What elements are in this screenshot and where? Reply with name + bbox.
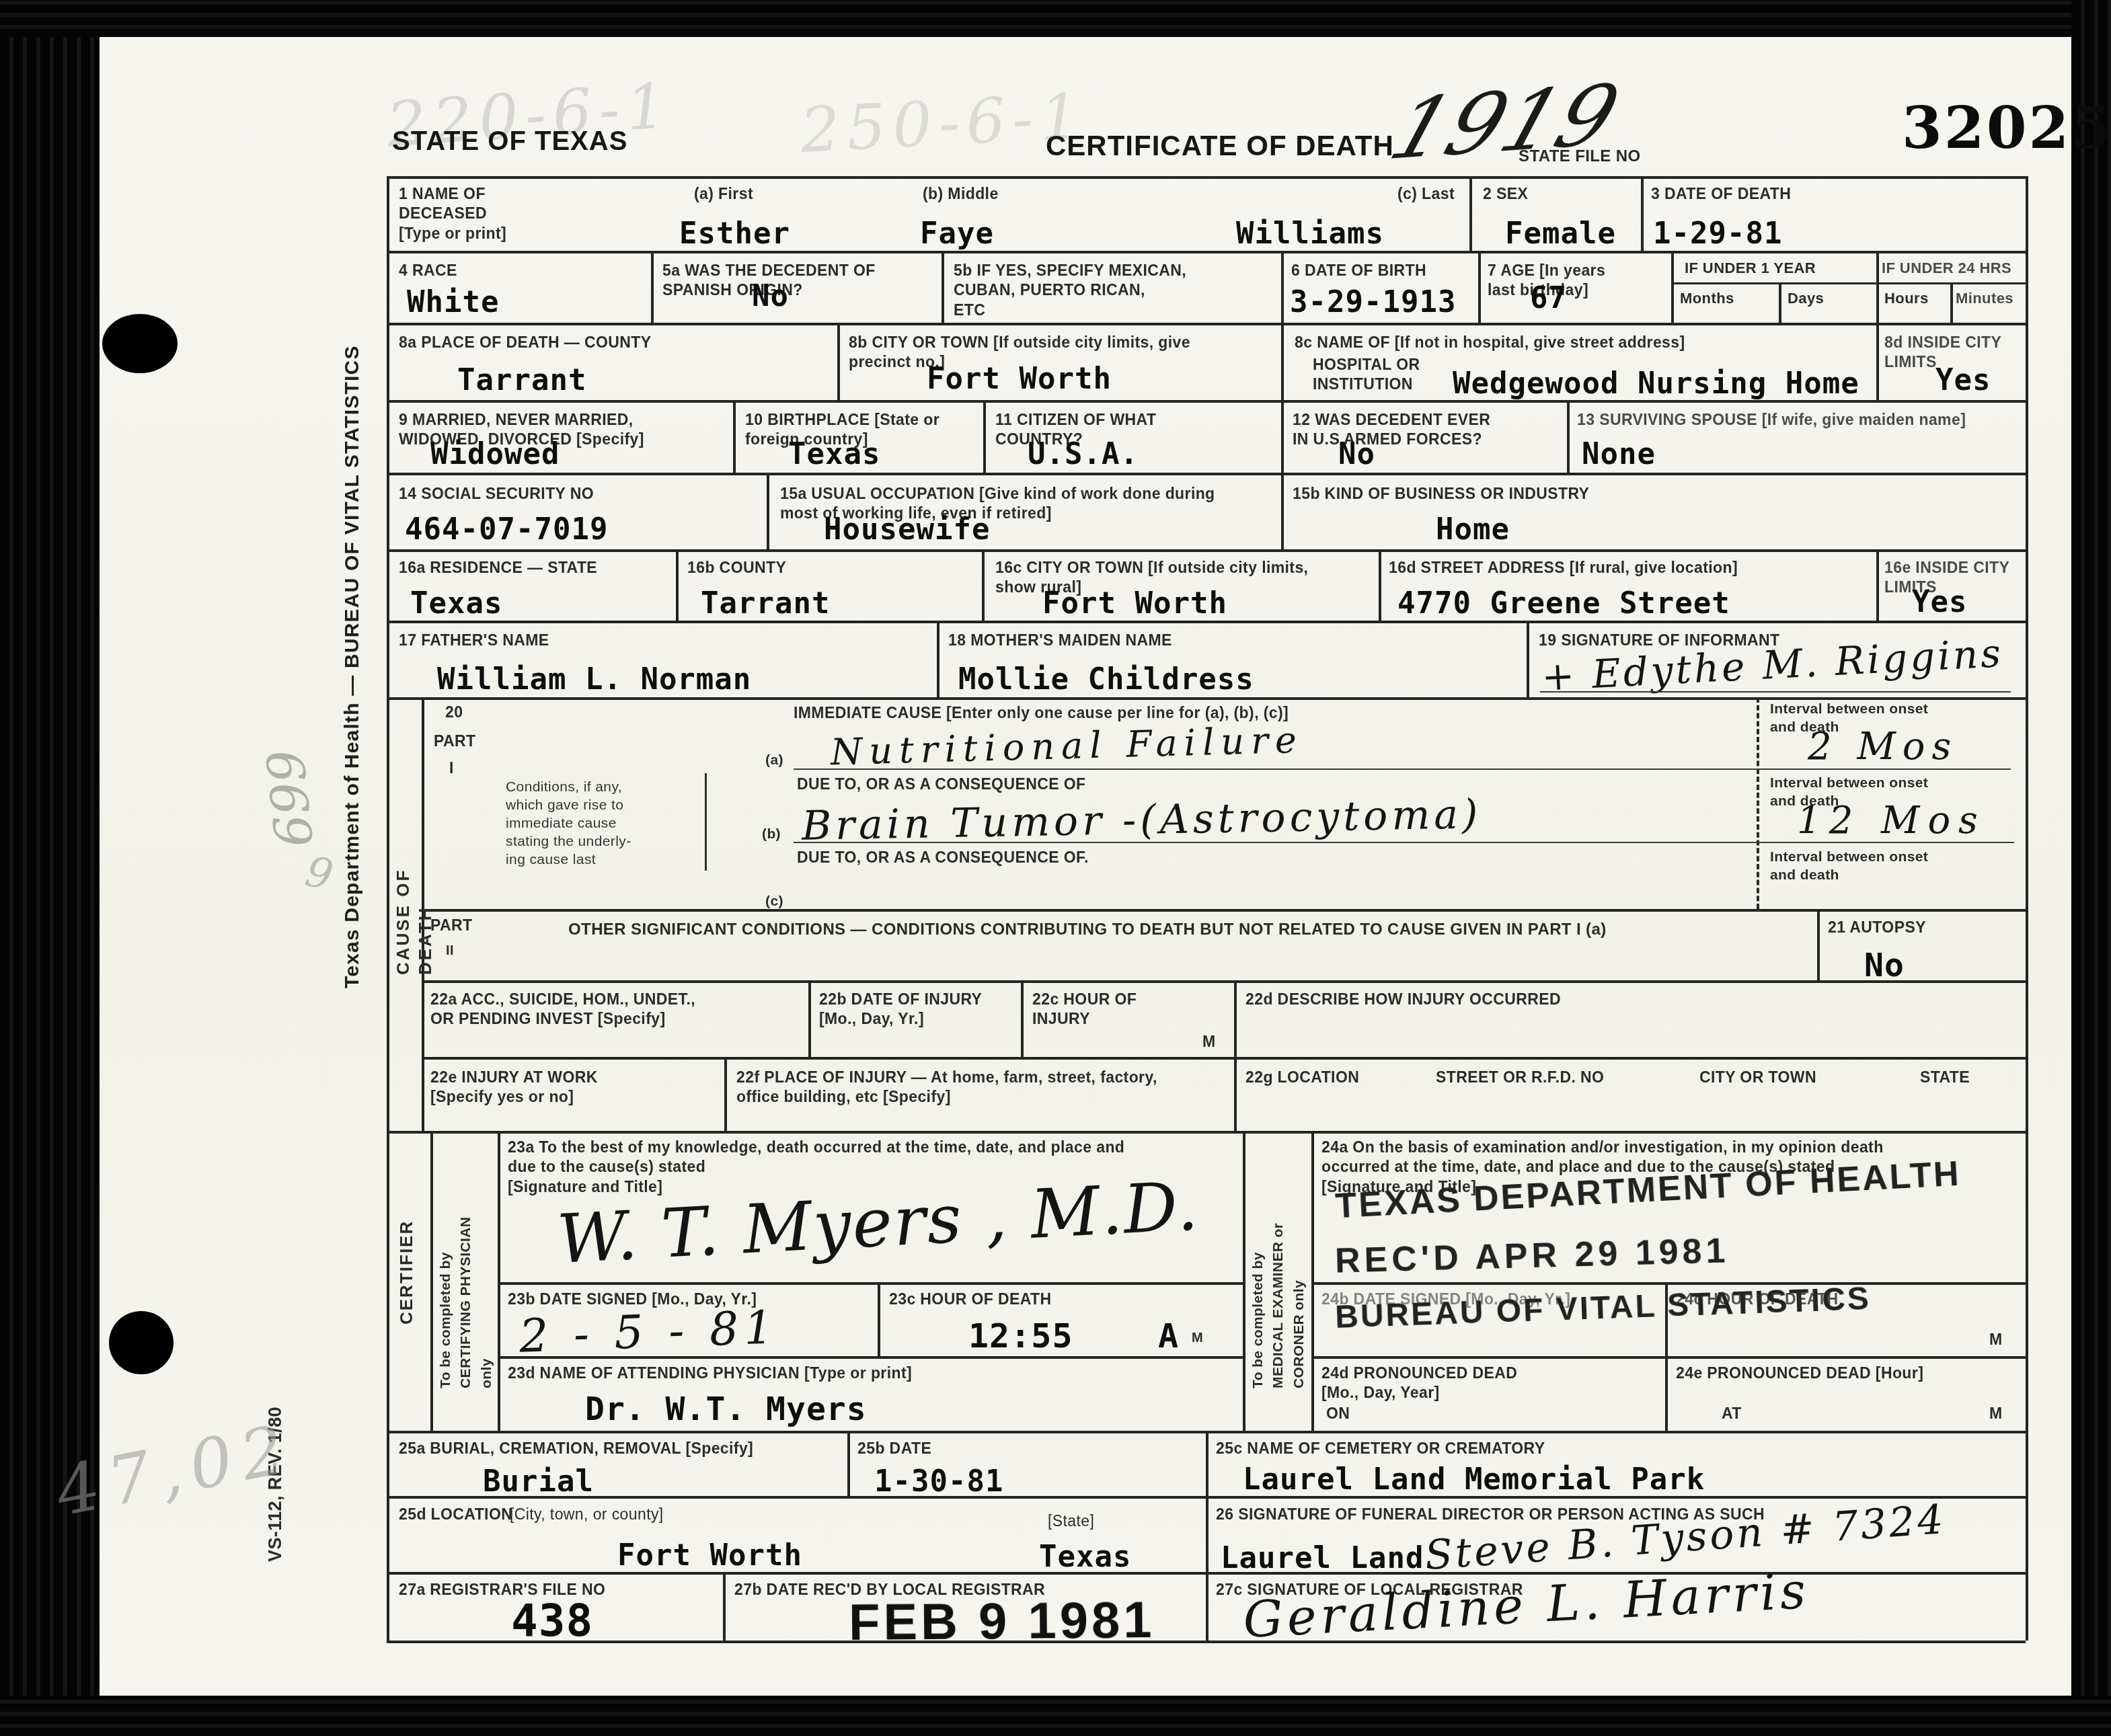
state-name: STATE OF TEXAS — [392, 124, 627, 159]
hour-m-label: M — [1192, 1330, 1203, 1347]
autopsy-label: 21 AUTOPSY — [1828, 918, 1926, 937]
part2-conditions-label: OTHER SIGNIFICANT CONDITIONS — CONDITION… — [568, 920, 1806, 941]
divider — [794, 768, 2011, 770]
burial-location-label: 25d LOCATION — [399, 1505, 512, 1524]
divider — [651, 251, 654, 323]
name-label: 1 NAME OF DECEASED [Type or print] — [399, 184, 506, 243]
hour-of-death-value: 12:55 — [968, 1316, 1073, 1355]
immediate-cause-label: IMMEDIATE CAUSE [Enter only one cause pe… — [794, 703, 1289, 723]
medical-examiner-strip: To be completed by MEDICAL EXAMINER or C… — [1248, 1140, 1309, 1388]
if-under-1-year-label: IF UNDER 1 YEAR — [1685, 259, 1816, 278]
header-scribble-right: 250-6-1 — [798, 80, 1087, 167]
scan-border-top — [0, 0, 2111, 37]
divider — [1281, 251, 1284, 323]
armed-forces-label: 12 WAS DECEDENT EVER IN U.S ARMED FORCES… — [1293, 410, 1490, 450]
part2-ii: II — [446, 943, 454, 960]
interval-a-value: 2 Mos — [1808, 725, 1958, 768]
divider — [1234, 980, 1237, 1131]
divider — [1567, 400, 1570, 473]
divider — [1540, 691, 2011, 693]
injury-acc-label: 22a ACC., SUICIDE, HOM., UNDET., OR PEND… — [430, 990, 695, 1029]
cause-no: 20 — [445, 703, 463, 722]
divider — [1671, 251, 1674, 323]
industry-value: Home — [1436, 512, 1510, 547]
divider — [387, 621, 2026, 623]
divider — [387, 176, 389, 1641]
date-of-birth-value: 3-29-1913 — [1290, 285, 1456, 319]
date-of-birth-label: 6 DATE OF BIRTH — [1291, 261, 1426, 280]
burial-state-value: Texas — [1039, 1540, 1131, 1574]
marital-status-value: Widowed — [430, 437, 560, 471]
divider — [1243, 1131, 1245, 1431]
injury-city-label: CITY OR TOWN — [1699, 1068, 1816, 1087]
industry-label: 15b KIND OF BUSINESS OR INDUSTRY — [1293, 484, 1589, 504]
divider — [387, 323, 2026, 325]
injury-state-label: STATE — [1920, 1068, 1970, 1087]
pronounced-m-label: M — [1989, 1404, 2003, 1423]
certifying-physician-strip: To be completed by CERTIFYING PHYSICIAN … — [436, 1140, 497, 1388]
interval-b-value: 12 Mos — [1797, 799, 1986, 842]
divider — [1311, 1282, 2026, 1285]
divider — [387, 1131, 2026, 1134]
sex-value: Female — [1505, 216, 1616, 251]
cemetery-label: 25c NAME OF CEMETERY OR CREMATORY — [1216, 1439, 1545, 1458]
pronounced-dead-date-label: 24d PRONOUNCED DEAD [Mo., Day, Year] — [1321, 1364, 1517, 1403]
autopsy-value: No — [1864, 947, 1905, 984]
me-hour-m: M — [1989, 1330, 2003, 1349]
me-date-label: 24b DATE SIGNED [Mo., Day, Yr.] — [1321, 1290, 1570, 1309]
divider — [1527, 621, 1529, 697]
scan-border-bottom — [0, 1696, 2111, 1736]
divider — [847, 1431, 850, 1496]
date-of-death-value: 1-29-81 — [1653, 216, 1782, 251]
last-label: (c) Last — [1397, 184, 1455, 204]
institution-label: 8c NAME OF [If not in hospital, give str… — [1295, 333, 1685, 352]
first-label: (a) First — [694, 184, 753, 204]
divider — [387, 549, 2026, 552]
first-name-value: Esther — [679, 216, 790, 251]
divider — [1817, 909, 1820, 980]
me-hour-label: 24c HOUR OF DEATH — [1676, 1290, 1839, 1309]
due-to-a-label: DUE TO, OR AS A CONSEQUENCE OF — [797, 775, 1085, 794]
hours-label: Hours — [1884, 289, 1929, 308]
divider — [1281, 400, 1284, 473]
injury-how-label: 22d DESCRIBE HOW INJURY OCCURRED — [1245, 990, 1561, 1009]
burial-date-value: 1-30-81 — [874, 1464, 1003, 1499]
divider — [1379, 549, 1381, 621]
stamp-feb-9-1981: FEB 9 1981 — [849, 1591, 1155, 1652]
cause-b-mark: (b) — [762, 826, 781, 844]
burial-type-label: 25a BURIAL, CREMATION, REMOVAL [Specify] — [399, 1439, 753, 1458]
divider — [1671, 282, 2026, 284]
race-label: 4 RACE — [399, 261, 457, 280]
hour-am-value: A — [1158, 1316, 1179, 1355]
interval-label-c: Interval between onset and death — [1770, 849, 1928, 885]
divider — [767, 473, 769, 549]
injury-date-label: 22b DATE OF INJURY [Mo., Day, Yr.] — [819, 990, 982, 1029]
divider — [1311, 1131, 1314, 1431]
residence-state-value: Texas — [410, 586, 502, 621]
cause-part-label: PART — [434, 732, 476, 751]
pronounced-on-label: ON — [1326, 1404, 1350, 1423]
scan-border-right — [2071, 0, 2111, 1736]
divider — [422, 980, 2026, 983]
divider — [1281, 473, 1284, 549]
middle-name-value: Faye — [920, 216, 994, 251]
minutes-label: Minutes — [1956, 289, 2013, 308]
certifier-date-value: 2 - 5 - 81 — [519, 1301, 779, 1363]
burial-date-label: 25b DATE — [857, 1439, 931, 1458]
burial-location-hint: [City, town, or county] — [510, 1505, 664, 1524]
attending-physician-value: Dr. W.T. Myers — [585, 1390, 867, 1428]
place-of-injury-label: 22f PLACE OF INJURY — At home, farm, str… — [736, 1068, 1157, 1107]
death-county-label: 8a PLACE OF DEATH — COUNTY — [399, 333, 651, 352]
birthplace-value: Texas — [788, 437, 880, 471]
divider — [733, 400, 736, 473]
death-certificate-scan: 220-6-1 250-6-1 STATE OF TEXAS CERTIFICA… — [0, 0, 2111, 1736]
divider — [387, 473, 2026, 475]
sex-label: 2 SEX — [1483, 184, 1528, 204]
divider — [937, 621, 939, 697]
race-value: White — [407, 285, 499, 319]
divider — [1876, 323, 1879, 400]
divider — [1779, 282, 1781, 323]
burial-city-value: Fort Worth — [617, 1538, 802, 1573]
cause-c-mark: (c) — [765, 893, 783, 911]
divider — [1469, 176, 1472, 251]
state-file-number: 32025 — [1902, 94, 2111, 162]
certifier-strip: CERTIFIER — [395, 1173, 418, 1325]
age-value: 67 — [1530, 281, 1567, 315]
injury-street-label: STREET OR R.F.D. NO — [1436, 1068, 1604, 1087]
days-label: Days — [1788, 289, 1824, 308]
mother-name-label: 18 MOTHER'S MAIDEN NAME — [948, 631, 1172, 650]
residence-county-label: 16b COUNTY — [687, 558, 786, 578]
middle-label: (b) Middle — [923, 184, 999, 204]
death-county-value: Tarrant — [457, 363, 586, 397]
hour-of-death-label: 23c HOUR OF DEATH — [889, 1290, 1052, 1309]
cemetery-value: Laurel Land Memorial Park — [1243, 1462, 1705, 1497]
punch-hole-bottom — [109, 1311, 174, 1374]
cause-of-death-strip: CAUSE OF DEATH — [392, 810, 437, 975]
spanish-origin-value: No — [752, 279, 789, 313]
divider — [498, 1131, 500, 1431]
institution-value: Wedgewood Nursing Home — [1453, 366, 1859, 401]
divider — [982, 549, 985, 621]
armed-forces-value: No — [1338, 437, 1375, 471]
father-name-label: 17 FATHER'S NAME — [399, 631, 549, 650]
cause-a-mark: (a) — [765, 752, 783, 770]
ssn-label: 14 SOCIAL SECURITY NO — [399, 484, 594, 504]
occupation-value: Housewife — [824, 512, 990, 547]
pronounced-dead-hour-label: 24e PRONOUNCED DEAD [Hour] — [1676, 1364, 1923, 1383]
divider — [2026, 176, 2028, 1641]
surviving-spouse-label: 13 SURVIVING SPOUSE [If wife, give maide… — [1577, 410, 1966, 430]
injury-location-label: 22g LOCATION — [1245, 1068, 1359, 1087]
death-inside-limits-value: Yes — [1935, 363, 1991, 397]
months-label: Months — [1680, 289, 1734, 308]
divider — [837, 323, 840, 400]
father-name-value: William L. Norman — [437, 662, 751, 697]
divider — [387, 697, 2026, 700]
surviving-spouse-value: None — [1582, 437, 1656, 471]
if-under-24-hrs-label: IF UNDER 24 HRS — [1882, 259, 2011, 278]
divider — [1281, 323, 1284, 400]
conditions-note: Conditions, if any, which gave rise to i… — [506, 779, 631, 869]
burial-type-value: Burial — [483, 1464, 594, 1499]
residence-county-value: Tarrant — [701, 586, 830, 621]
divider — [723, 1572, 726, 1641]
divider — [430, 1131, 433, 1431]
divider — [1641, 176, 1644, 251]
divider — [878, 1282, 880, 1356]
street-address-label: 16d STREET ADDRESS [If rural, give locat… — [1389, 558, 1738, 578]
residence-inside-limits-value: Yes — [1912, 585, 1967, 619]
last-name-value: Williams — [1236, 216, 1384, 251]
funeral-home-value: Laurel Land — [1221, 1541, 1424, 1575]
state-file-no-label: STATE FILE NO — [1519, 147, 1641, 167]
punch-hole-top — [102, 314, 178, 373]
divider — [387, 176, 2026, 179]
divider — [1021, 980, 1024, 1057]
divider — [1206, 1431, 1208, 1641]
divider — [808, 980, 811, 1057]
citizen-value: U.S.A. — [1028, 437, 1139, 471]
divider — [422, 909, 2026, 912]
divider — [1950, 282, 1953, 323]
divider — [1311, 1356, 2026, 1359]
divider — [422, 1057, 2026, 1060]
institution-label-2: HOSPITAL OR INSTITUTION — [1313, 355, 1420, 395]
spanish-specify-label: 5b IF YES, SPECIFY MEXICAN, CUBAN, PUERT… — [954, 261, 1186, 320]
registrar-file-value: 438 — [511, 1595, 593, 1647]
injury-at-work-label: 22e INJURY AT WORK [Specify yes or no] — [430, 1068, 598, 1107]
divider — [387, 251, 2026, 253]
part2-part-label: PART — [430, 916, 473, 935]
divider — [676, 549, 679, 621]
divider — [387, 1641, 2026, 1643]
margin-pencil-699: 699 — [257, 764, 325, 851]
divider — [1876, 549, 1879, 621]
divider — [724, 1057, 727, 1131]
divider — [498, 1282, 1243, 1285]
burial-state-hint: [State] — [1048, 1511, 1094, 1531]
margin-department-text: Texas Department of Health — BUREAU OF V… — [340, 219, 365, 988]
due-to-b-label: DUE TO, OR AS A CONSEQUENCE OF. — [797, 848, 1089, 867]
cause-part-i: I — [449, 758, 454, 778]
death-city-value: Fort Worth — [927, 362, 1112, 396]
residence-state-label: 16a RESIDENCE — STATE — [399, 558, 597, 578]
attending-physician-label: 23d NAME OF ATTENDING PHYSICIAN [Type or… — [508, 1364, 912, 1383]
divider — [1876, 251, 1879, 323]
divider — [942, 251, 944, 323]
injury-hour-label: 22c HOUR OF INJURY — [1032, 990, 1137, 1029]
page-title: CERTIFICATE OF DEATH — [1046, 128, 1394, 164]
street-address-value: 4770 Greene Street — [1397, 586, 1730, 621]
ssn-value: 464-07-7019 — [405, 512, 608, 547]
mother-name-value: Mollie Childress — [958, 662, 1254, 697]
divider — [983, 400, 986, 473]
injury-hour-m: M — [1202, 1032, 1216, 1052]
pronounced-at-label: AT — [1722, 1404, 1742, 1423]
divider — [705, 773, 707, 871]
divider — [1478, 251, 1481, 323]
date-of-death-label: 3 DATE OF DEATH — [1651, 184, 1791, 204]
divider — [1757, 697, 1759, 909]
residence-city-value: Fort Worth — [1042, 586, 1227, 621]
